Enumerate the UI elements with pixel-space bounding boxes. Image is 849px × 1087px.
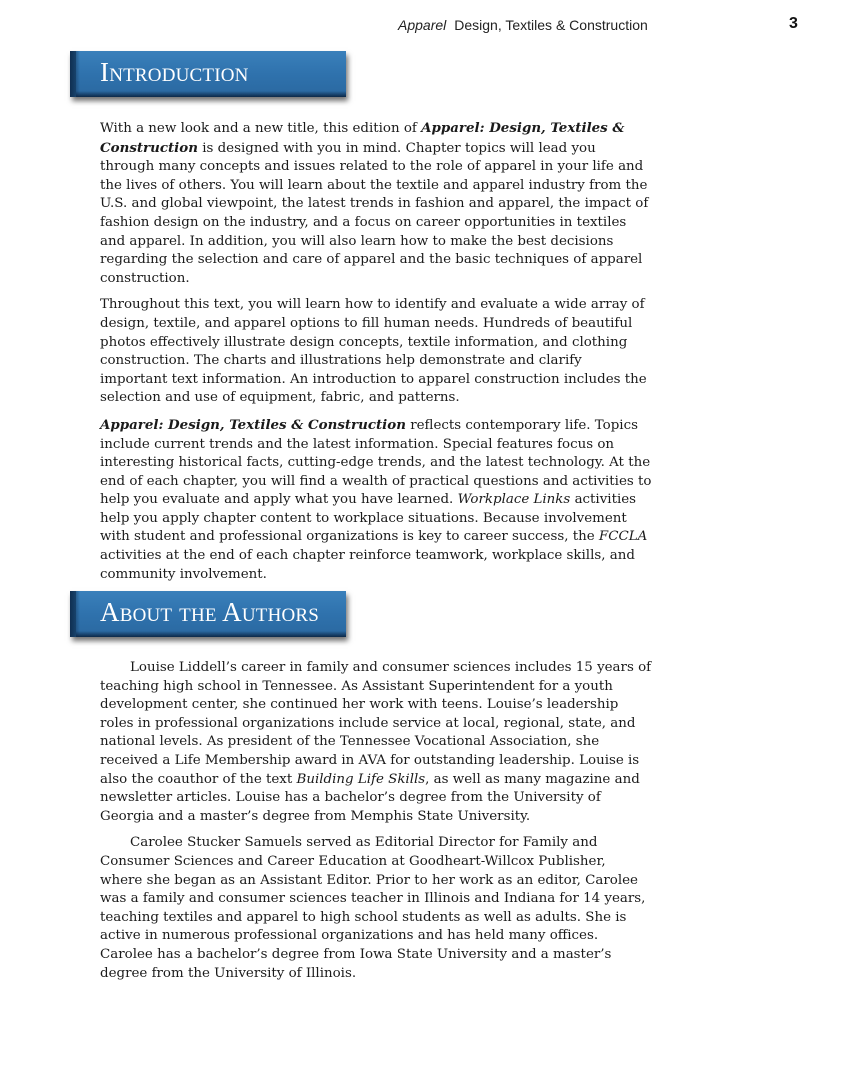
introduction-paragraph-2: Throughout this text, you will learn how… — [100, 296, 652, 408]
authors-heading: About the Authors — [100, 597, 319, 628]
running-head: ApparelDesign, Textiles & Construction — [398, 17, 648, 33]
authors-paragraph-1: Louise Liddell’s career in family and co… — [100, 659, 652, 826]
book-title-emphasis: Building Life Skills — [297, 772, 426, 787]
feature-name-emphasis: Workplace Links — [458, 492, 571, 507]
introduction-paragraph-1: With a new look and a new title, this ed… — [100, 119, 652, 288]
authors-banner: About the Authors — [70, 591, 346, 637]
running-head-book-title: Design, Textiles & Construction — [454, 17, 648, 33]
text-run: is designed with you in mind. Chapter to… — [100, 141, 648, 286]
text-run: Louise Liddell’s career in family and co… — [100, 660, 651, 787]
organization-name-emphasis: FCCLA — [599, 529, 647, 544]
running-head-book-title-italic: Apparel — [398, 17, 446, 33]
text-run: activities at the end of each chapter re… — [100, 548, 635, 582]
introduction-paragraph-3: Apparel: Design, Textiles & Construction… — [100, 416, 652, 584]
text-run: With a new look and a new title, this ed… — [100, 121, 421, 136]
authors-paragraph-2: Carolee Stucker Samuels served as Editor… — [100, 834, 652, 983]
page-number: 3 — [789, 15, 798, 33]
introduction-banner: Introduction — [70, 51, 346, 97]
book-page: ApparelDesign, Textiles & Construction 3… — [0, 0, 849, 1087]
authors-body: Louise Liddell’s career in family and co… — [100, 659, 652, 991]
introduction-heading: Introduction — [100, 57, 249, 88]
book-title-emphasis: Apparel: Design, Textiles & Construction — [100, 417, 406, 433]
introduction-body: With a new look and a new title, this ed… — [100, 119, 652, 592]
